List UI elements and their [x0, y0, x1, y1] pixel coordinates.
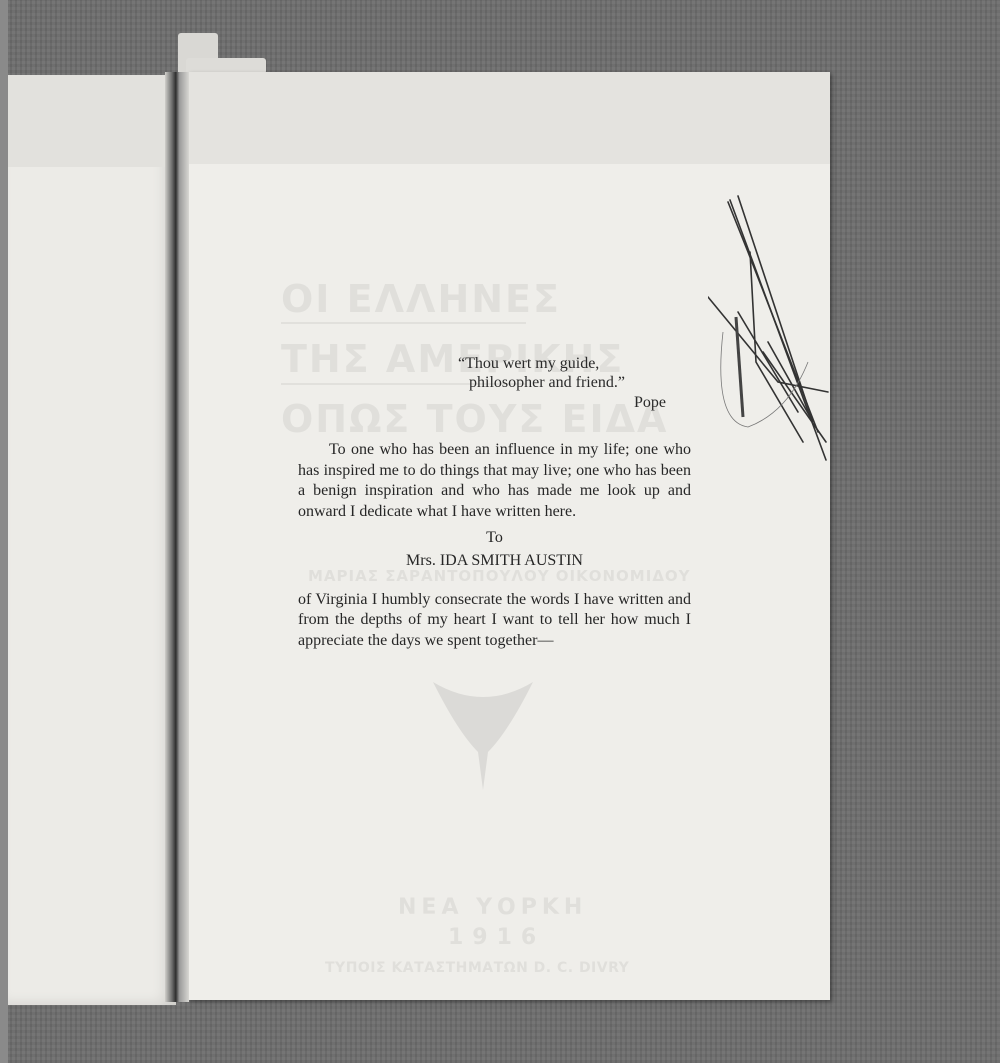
epigraph: “Thou wert my guide, philosopher and fri…: [458, 354, 625, 392]
right-page-shadow-band: [188, 72, 830, 164]
dedication-paragraph-1: To one who has been an influence in my l…: [298, 440, 691, 522]
dedicatee-name: Mrs. IDA SMITH AUSTIN: [298, 551, 691, 572]
ornament-icon: [428, 672, 538, 792]
bleed-rule: [281, 322, 526, 324]
bleed-year: 1916: [448, 925, 545, 950]
right-page: ΟΙ ΕΛΛΗΝΕΣ ΤΗΣ ΑΜΕΡΙΚΗΣ ΟΠΩΣ ΤΟΥΣ ΕΙΔΑ Μ…: [188, 72, 830, 1000]
dedication-paragraph-2: of Virginia I humbly consecrate the word…: [298, 590, 691, 652]
bleed-city: ΝΕΑ ΥΟΡΚΗ: [398, 895, 587, 920]
bleed-printer: ΤΥΠΟΙΣ ΚΑΤΑΣΤΗΜΑΤΩΝ D. C. DIVRY: [325, 960, 629, 976]
epigraph-line-1: “Thou wert my guide,: [458, 354, 625, 373]
left-page: [8, 75, 176, 1005]
bleed-title-line-3: ΟΠΩΣ ΤΟΥΣ ΕΙΔΑ: [281, 397, 668, 441]
bleed-title-line-1: ΟΙ ΕΛΛΗΝΕΣ: [281, 277, 561, 321]
epigraph-line-2: philosopher and friend.”: [458, 373, 625, 392]
pencil-scribble-icon: [708, 192, 833, 472]
left-page-shadow-band: [8, 75, 176, 167]
dedication: To one who has been an influence in my l…: [298, 440, 691, 651]
epigraph-attribution: Pope: [634, 394, 666, 412]
dedication-to: To: [298, 528, 691, 549]
book-spine: [165, 72, 189, 1002]
scan-left-edge: [0, 0, 8, 1063]
